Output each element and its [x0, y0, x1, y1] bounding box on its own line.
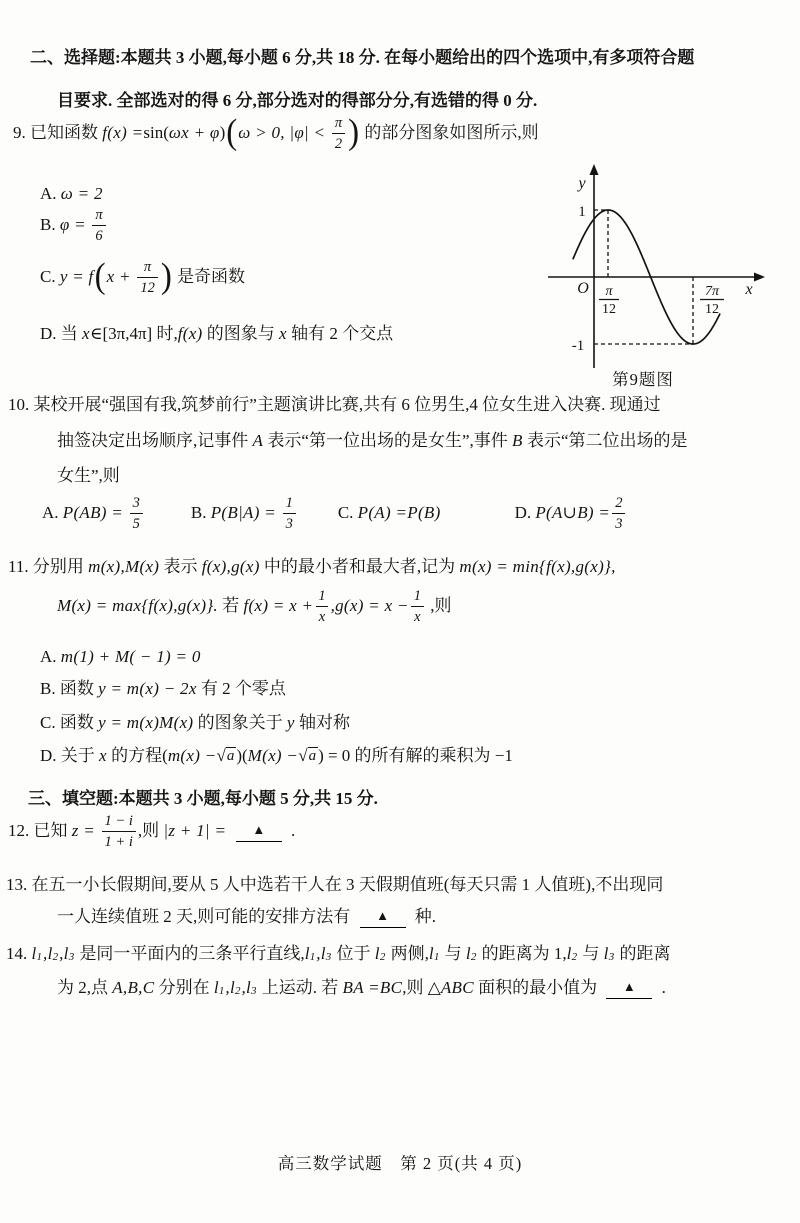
question-11-option-b: B. 函数 y = m(x) − 2x 有 2 个零点 [40, 677, 286, 702]
origin-label: O [577, 280, 589, 297]
question-9-option-c: C. y = f(x + π12) 是奇函数 [40, 260, 245, 295]
question-13-line2: 一人连续值班 2 天,则可能的安排方法有 ▲ 种. [57, 905, 436, 930]
question-9-figure: y x O 1 -1 π 12 7π 12 [512, 162, 774, 390]
question-14-line1: 14. l1,l2,l3 是同一平面内的三条平行直线,l1,l3 位于 l2 两… [6, 942, 670, 967]
question-12: 12. 已知 z = 1 − i1 + i,则 |z + 1| = ▲ . [8, 814, 295, 849]
svg-text:π: π [605, 284, 613, 299]
y-axis-label: y [576, 175, 586, 192]
question-10-stem-line2: 抽签决定出场顺序,记事件 A 表示“第一位出场的是女生”,事件 B 表示“第二位… [57, 429, 688, 454]
svg-text:12: 12 [602, 302, 616, 317]
question-9-option-d: D. 当 x∈[3π,4π] 时,f(x) 的图象与 x 轴有 2 个交点 [40, 322, 393, 347]
section3-header: 三、填空题:本题共 3 小题,每小题 5 分,共 15 分. [28, 787, 378, 812]
y-axis-arrow-icon [590, 164, 599, 175]
y-tick-neg1-label: -1 [572, 338, 585, 354]
x-tick-pi-over-12: π 12 [599, 284, 619, 317]
question-11-option-d: D. 关于 x 的方程(m(x) −√a)(M(x) −√a) = 0 的所有解… [40, 744, 513, 769]
question-10-options: A. P(AB) = 35B. P(B|A) = 13C. P(A) =P(B)… [42, 496, 627, 531]
y-tick-1-label: 1 [578, 204, 586, 220]
x-tick-7pi-over-12: 7π 12 [700, 284, 724, 317]
question-9-stem: 9. 已知函数 f(x) =sin(ωx + φ)(ω > 0, |φ| < π… [13, 116, 539, 151]
question-11-option-c: C. 函数 y = m(x)M(x) 的图象关于 y 轴对称 [40, 711, 350, 736]
figure-caption: 第9题图 [512, 366, 774, 390]
question-13-line1: 13. 在五一小长假期间,要从 5 人中选若干人在 3 天假期值班(每天只需 1… [6, 873, 663, 898]
question-11-option-a: A. m(1) + M( − 1) = 0 [40, 645, 201, 670]
svg-text:7π: 7π [705, 284, 720, 299]
page-footer: 高三数学试题 第 2 页(共 4 页) [0, 1150, 800, 1174]
x-axis-label: x [744, 281, 752, 298]
exam-page: 二、选择题:本题共 3 小题,每小题 6 分,共 18 分. 在每小题给出的四个… [0, 0, 800, 1223]
question-11-stem-line2: M(x) = max{f(x),g(x)}. 若 f(x) = x +1x,g(… [57, 589, 452, 624]
question-14-line2: 为 2,点 A,B,C 分别在 l1,l2,l3 上运动. 若 BA =BC,则… [57, 976, 666, 1001]
question-10-stem-line3: 女生”,则 [57, 464, 120, 489]
question-9-option-a: A. ω = 2 [40, 182, 103, 207]
svg-text:12: 12 [705, 302, 719, 317]
section2-header-line2: 目要求. 全部选对的得 6 分,部分选对的得部分分,有选错的得 0 分. [57, 89, 537, 114]
question-10-stem-line1: 10. 某校开展“强国有我,筑梦前行”主题演讲比赛,共有 6 位男生,4 位女生… [8, 393, 661, 418]
section2-header-line1: 二、选择题:本题共 3 小题,每小题 6 分,共 18 分. 在每小题给出的四个… [30, 46, 694, 71]
x-axis-arrow-icon [754, 273, 765, 282]
question-11-stem-line1: 11. 分别用 m(x),M(x) 表示 f(x),g(x) 中的最小者和最大者… [8, 555, 616, 580]
question-9-option-b: B. φ = π6 [40, 208, 108, 243]
